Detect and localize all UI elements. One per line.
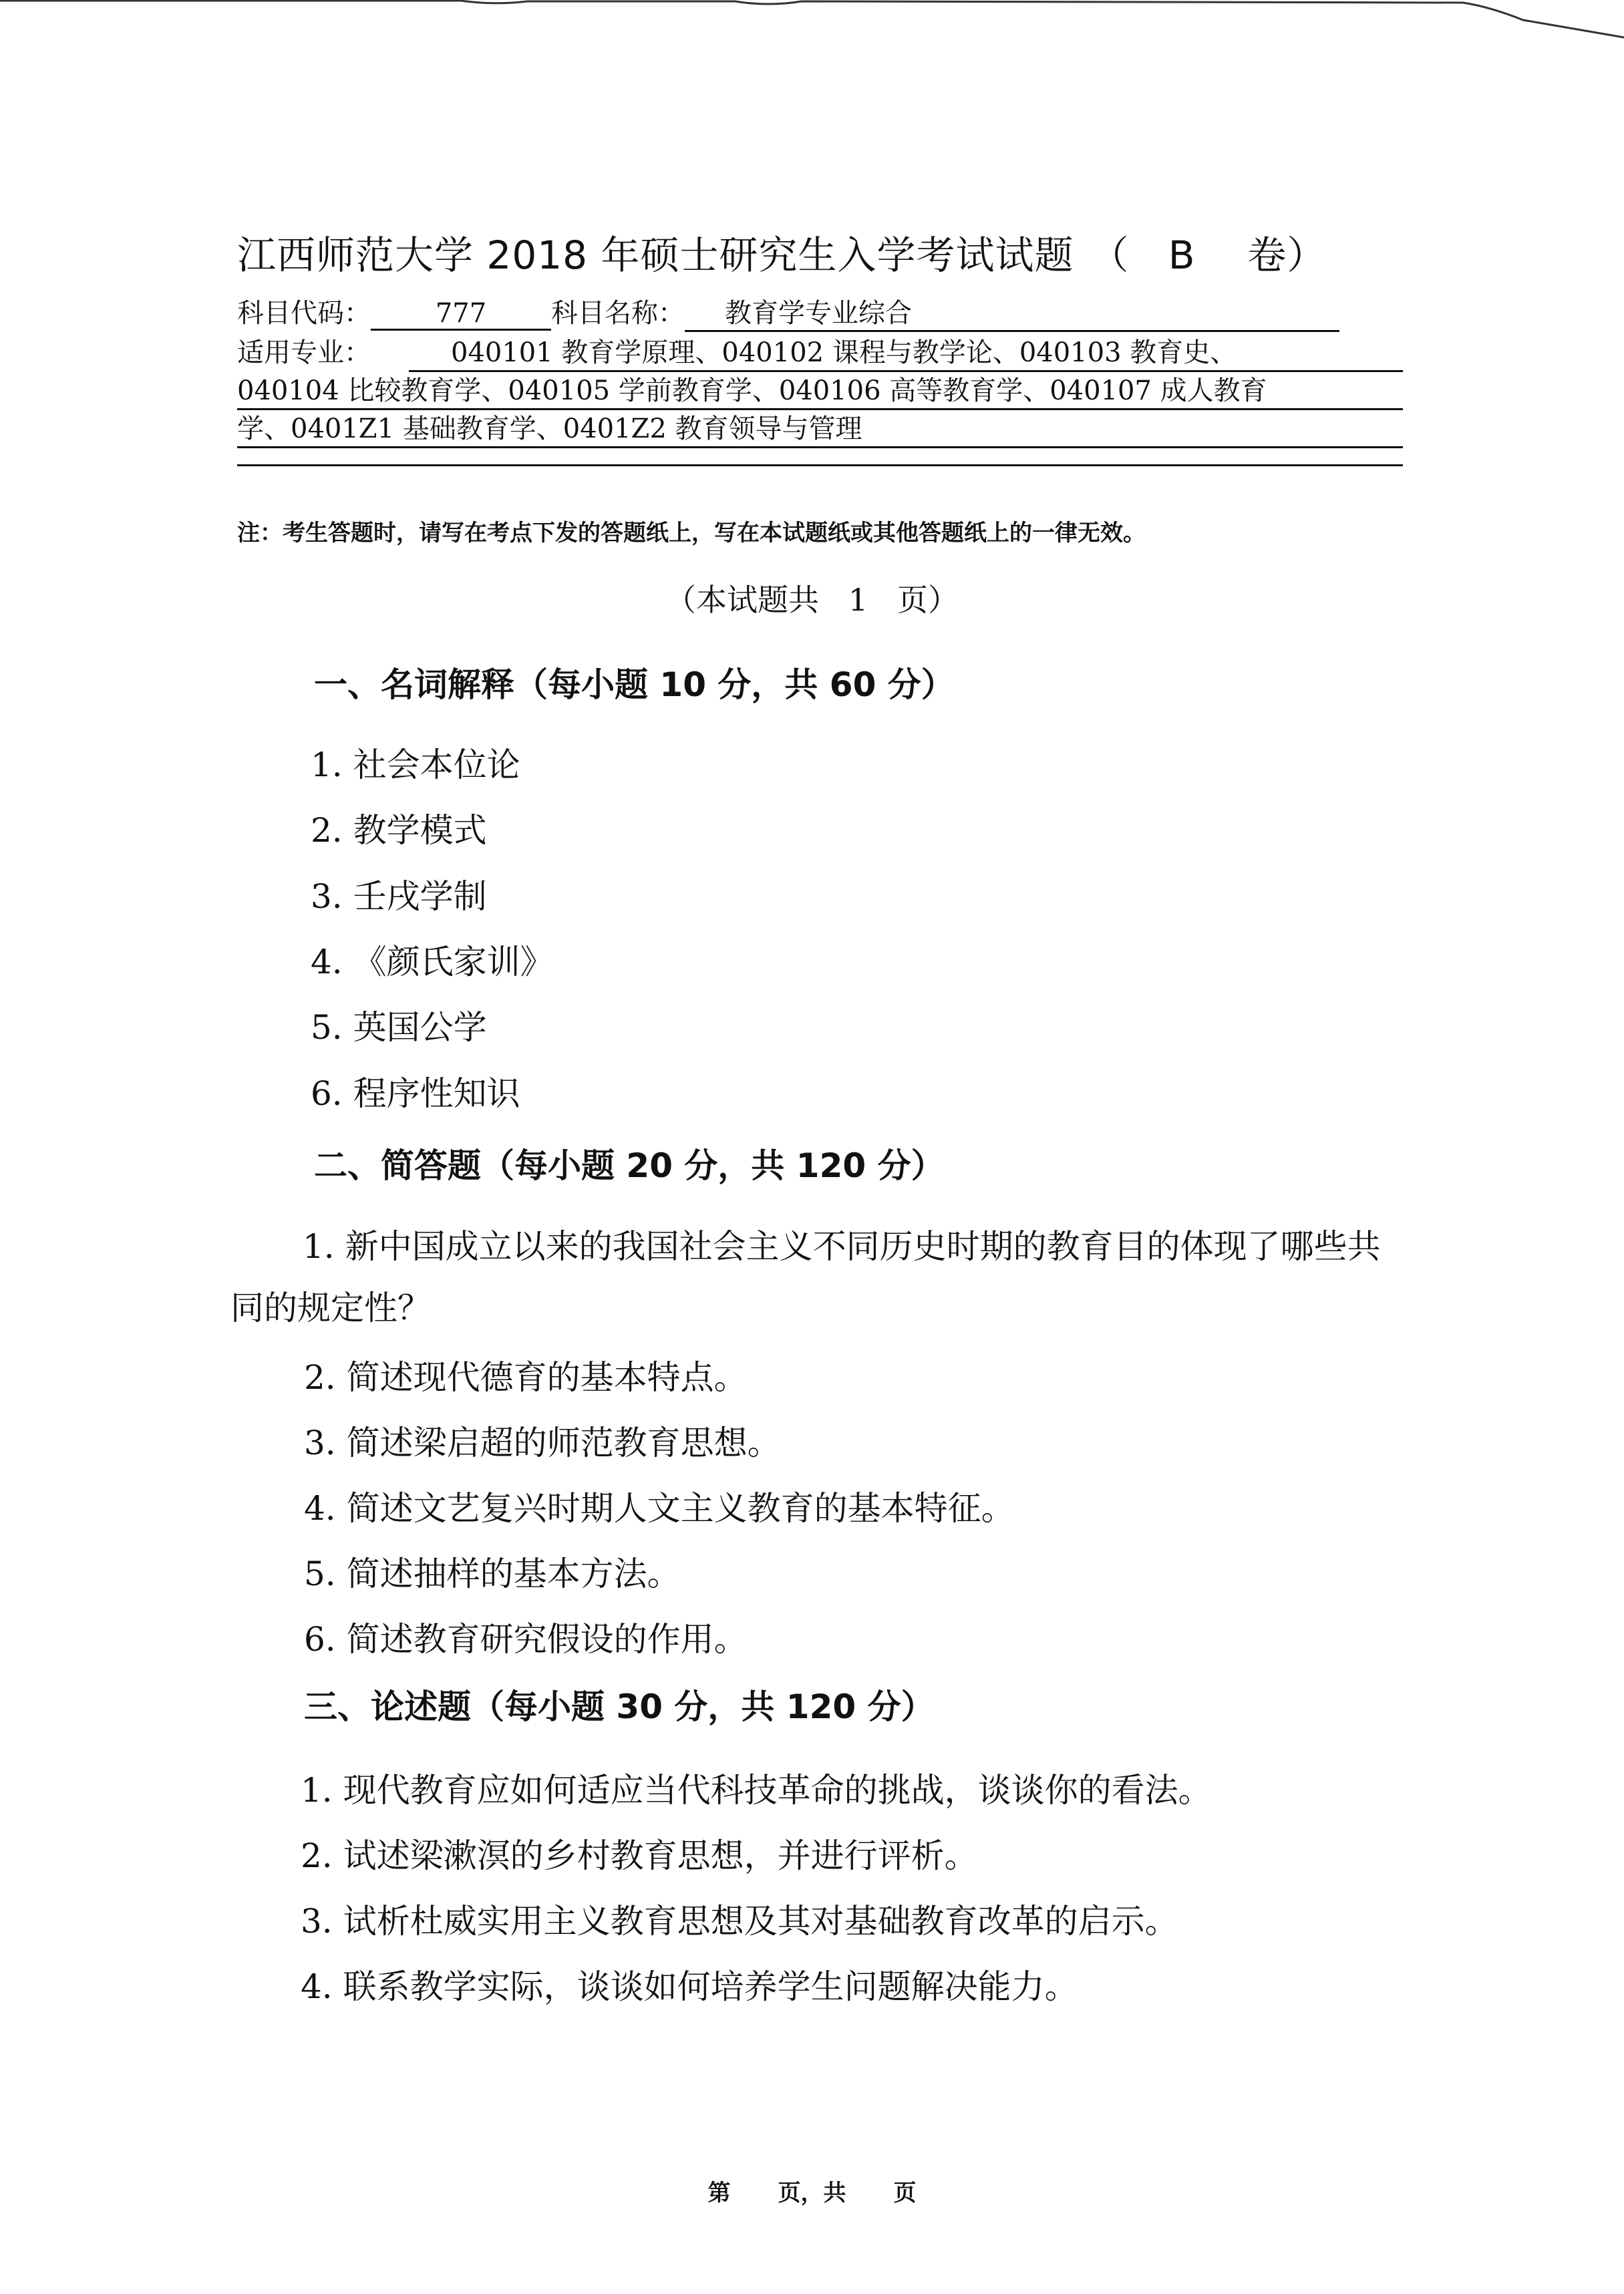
exam-paper: 江西师范大学 2018 年硕士研究生入学考试试题（ B 卷） 科目代码：777科… — [0, 0, 1624, 2294]
question-2-2: 2. 简述现代德育的基本特点。 — [304, 1351, 748, 1399]
question-1-6: 6. 程序性知识 — [311, 1067, 520, 1115]
majors-underline-3 — [237, 446, 1403, 448]
question-3-1: 1. 现代教育应如何适应当代科技革命的挑战，谈谈你的看法。 — [301, 1764, 1212, 1812]
question-3-3: 3. 试析杜威实用主义教育思想及其对基础教育改革的启示。 — [301, 1895, 1178, 1943]
section-heading-1: 一、名词解释（每小题 10 分，共 60 分） — [314, 658, 955, 706]
section-heading-3: 三、论述题（每小题 30 分，共 120 分） — [304, 1680, 935, 1728]
majors-line-1-row: 适用专业：040101 教育学原理、040102 课程与教学论、040103 教… — [237, 334, 1406, 372]
majors-underline-4 — [237, 464, 1403, 466]
subject-info-row: 科目代码：777科目名称：教育学专业综合 — [237, 292, 1339, 332]
question-3-2: 2. 试述梁漱溟的乡村教育思想，并进行评析。 — [301, 1829, 978, 1877]
question-2-4: 4. 简述文艺复兴时期人文主义教育的基本特征。 — [304, 1482, 1015, 1530]
majors-line-3: 学、0401Z1 基础教育学、0401Z2 教育领导与管理 — [237, 410, 1406, 448]
question-1-3: 3. 壬戌学制 — [311, 870, 487, 918]
question-2-3: 3. 简述梁启超的师范教育思想。 — [304, 1416, 781, 1464]
exam-title-main: 江西师范大学 2018 年硕士研究生入学考试试题 — [237, 232, 1074, 278]
subject-code-label: 科目代码： — [237, 292, 371, 330]
exam-paper-version: （ B 卷） — [1090, 232, 1326, 278]
question-1-1: 1. 社会本位论 — [311, 738, 520, 786]
exam-title: 江西师范大学 2018 年硕士研究生入学考试试题（ B 卷） — [237, 224, 1413, 280]
majors-line-1: 040101 教育学原理、040102 课程与教学论、040103 教育史、 — [451, 337, 1237, 368]
question-2-5: 5. 简述抽样的基本方法。 — [304, 1547, 681, 1595]
subject-name-label: 科目名称： — [551, 292, 685, 330]
subject-name-value: 教育学专业综合 — [685, 292, 1339, 332]
exam-note: 注：考生答题时，请写在考点下发的答题纸上，写在本试题纸或其他答题纸上的一律无效。 — [237, 514, 1413, 547]
question-1-5: 5. 英国公学 — [311, 1001, 487, 1049]
page-footer: 第 页，共 页 — [0, 2174, 1624, 2207]
question-2-6: 6. 简述教育研究假设的作用。 — [304, 1613, 748, 1661]
question-3-4: 4. 联系教学实际，谈谈如何培养学生问题解决能力。 — [301, 1960, 1078, 2008]
question-2-1: 1. 新中国成立以来的我国社会主义不同历史时期的教育目的体现了哪些共同的规定性？ — [230, 1216, 1406, 1339]
applicable-majors: 适用专业：040101 教育学原理、040102 课程与教学论、040103 教… — [237, 334, 1406, 448]
page-count: （本试题共 1 页） — [0, 576, 1624, 620]
majors-label: 适用专业： — [237, 337, 371, 368]
section-heading-2: 二、简答题（每小题 20 分，共 120 分） — [314, 1139, 945, 1187]
majors-underline-1 — [409, 370, 1403, 372]
majors-line-2: 040104 比较教育学、040105 学前教育学、040106 高等教育学、0… — [237, 372, 1406, 410]
majors-underline-2 — [237, 408, 1403, 410]
subject-code-value: 777 — [371, 298, 551, 331]
question-1-4: 4. 《颜氏家训》 — [311, 935, 554, 983]
question-1-2: 2. 教学模式 — [311, 804, 487, 852]
